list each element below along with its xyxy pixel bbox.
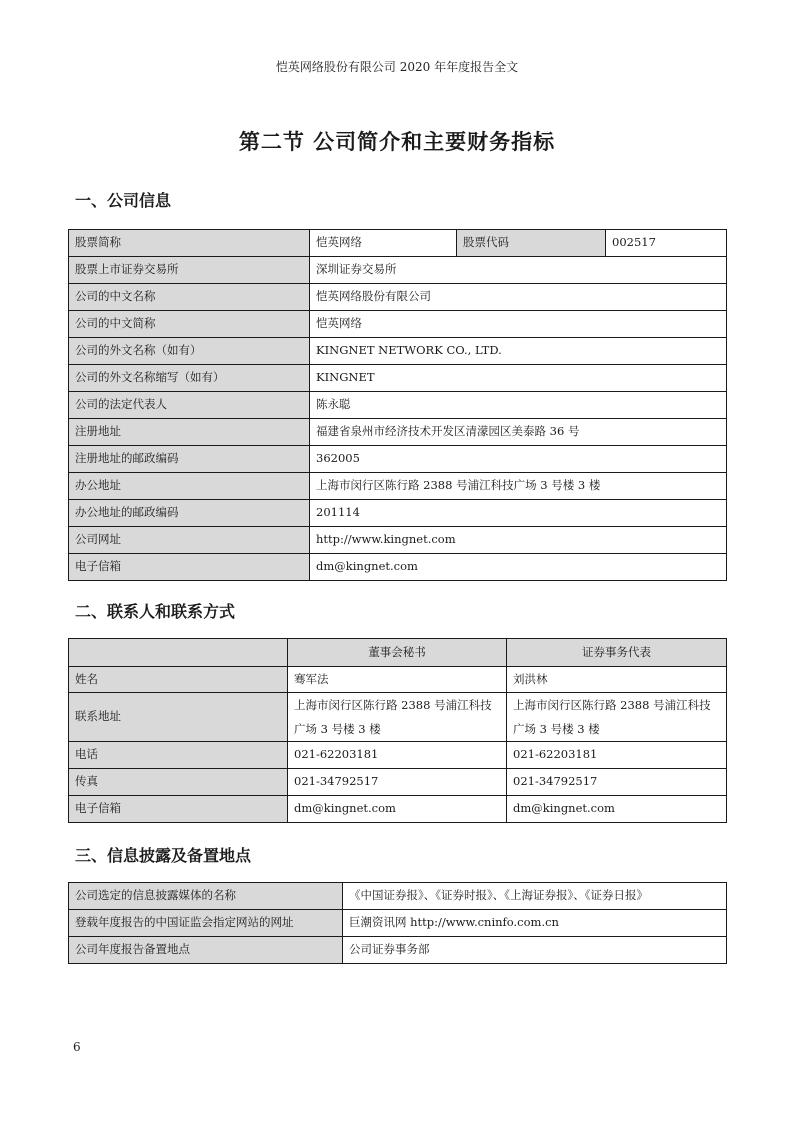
row-value: 《中国证券报》、《证券时报》、《上海证券报》、《证券日报》	[343, 883, 727, 910]
company-info-table: 股票简称 恺英网络 股票代码 002517 股票上市证券交易所 深圳证券交易所 …	[68, 229, 727, 581]
row-label: 公司的中文简称	[69, 311, 310, 338]
row-value: 陈永聪	[310, 392, 727, 419]
table-row: 姓名 骞军法 刘洪林	[69, 667, 727, 693]
stock-code-value: 002517	[606, 230, 727, 257]
secretary-value: dm@kingnet.com	[288, 796, 507, 823]
row-label: 办公地址的邮政编码	[69, 500, 310, 527]
header-board-secretary: 董事会秘书	[288, 639, 507, 667]
stock-short-name-label: 股票简称	[69, 230, 310, 257]
running-header: 恺英网络股份有限公司 2020 年年度报告全文	[0, 58, 794, 75]
row-value: 上海市闵行区陈行路 2388 号浦江科技广场 3 号楼 3 楼	[310, 473, 727, 500]
row-value: KINGNET	[310, 365, 727, 392]
row-label: 电子信箱	[69, 554, 310, 581]
table-row: 公司的外文名称（如有） KINGNET NETWORK CO., LTD.	[69, 338, 727, 365]
table-header-row: 董事会秘书 证券事务代表	[69, 639, 727, 667]
row-label: 注册地址	[69, 419, 310, 446]
section-title: 第二节 公司简介和主要财务指标	[0, 126, 794, 156]
table-row: 注册地址的邮政编码 362005	[69, 446, 727, 473]
row-label: 股票上市证券交易所	[69, 257, 310, 284]
table-row: 电子信箱 dm@kingnet.com dm@kingnet.com	[69, 796, 727, 823]
row-label: 公司的中文名称	[69, 284, 310, 311]
row-label: 公司的法定代表人	[69, 392, 310, 419]
row-value: 362005	[310, 446, 727, 473]
secretary-value: 021-34792517	[288, 769, 507, 796]
table-row: 公司的法定代表人 陈永聪	[69, 392, 727, 419]
row-label: 电子信箱	[69, 796, 288, 823]
disclosure-table: 公司选定的信息披露媒体的名称 《中国证券报》、《证券时报》、《上海证券报》、《证…	[68, 882, 727, 964]
row-value: 福建省泉州市经济技术开发区清濛园区美泰路 36 号	[310, 419, 727, 446]
stock-short-name-value: 恺英网络	[310, 230, 457, 257]
row-value: 深圳证券交易所	[310, 257, 727, 284]
row-label: 联系地址	[69, 693, 288, 742]
table-row: 公司网址 http://www.kingnet.com	[69, 527, 727, 554]
stock-code-label: 股票代码	[457, 230, 606, 257]
company-info-heading: 一、公司信息	[75, 188, 171, 211]
row-label: 注册地址的邮政编码	[69, 446, 310, 473]
representative-value: 021-62203181	[507, 742, 727, 769]
table-row: 公司年度报告备置地点 公司证券事务部	[69, 937, 727, 964]
table-row: 公司的外文名称缩写（如有） KINGNET	[69, 365, 727, 392]
row-label: 公司的外文名称缩写（如有）	[69, 365, 310, 392]
row-label: 公司的外文名称（如有）	[69, 338, 310, 365]
contacts-heading: 二、联系人和联系方式	[75, 599, 235, 622]
table-row: 办公地址 上海市闵行区陈行路 2388 号浦江科技广场 3 号楼 3 楼	[69, 473, 727, 500]
table-row: 注册地址 福建省泉州市经济技术开发区清濛园区美泰路 36 号	[69, 419, 727, 446]
row-label: 公司网址	[69, 527, 310, 554]
header-blank	[69, 639, 288, 667]
table-row: 公司选定的信息披露媒体的名称 《中国证券报》、《证券时报》、《上海证券报》、《证…	[69, 883, 727, 910]
row-label: 办公地址	[69, 473, 310, 500]
row-label: 电话	[69, 742, 288, 769]
secretary-value: 骞军法	[288, 667, 507, 693]
secretary-value: 021-62203181	[288, 742, 507, 769]
row-label: 公司选定的信息披露媒体的名称	[69, 883, 343, 910]
table-row: 股票简称 恺英网络 股票代码 002517	[69, 230, 727, 257]
header-securities-representative: 证券事务代表	[507, 639, 727, 667]
row-value: dm@kingnet.com	[310, 554, 727, 581]
secretary-value: 上海市闵行区陈行路 2388 号浦江科技广场 3 号楼 3 楼	[288, 693, 507, 742]
disclosure-heading: 三、信息披露及备置地点	[75, 843, 251, 866]
table-row: 电话 021-62203181 021-62203181	[69, 742, 727, 769]
table-row: 公司的中文简称 恺英网络	[69, 311, 727, 338]
table-row: 股票上市证券交易所 深圳证券交易所	[69, 257, 727, 284]
row-value: KINGNET NETWORK CO., LTD.	[310, 338, 727, 365]
table-row: 电子信箱 dm@kingnet.com	[69, 554, 727, 581]
table-row: 公司的中文名称 恺英网络股份有限公司	[69, 284, 727, 311]
row-label: 登载年度报告的中国证监会指定网站的网址	[69, 910, 343, 937]
representative-value: 刘洪林	[507, 667, 727, 693]
row-value: http://www.kingnet.com	[310, 527, 727, 554]
contacts-table: 董事会秘书 证券事务代表 姓名 骞军法 刘洪林 联系地址 上海市闵行区陈行路 2…	[68, 638, 727, 823]
table-row: 登载年度报告的中国证监会指定网站的网址 巨潮资讯网 http://www.cni…	[69, 910, 727, 937]
representative-value: 上海市闵行区陈行路 2388 号浦江科技广场 3 号楼 3 楼	[507, 693, 727, 742]
row-label: 姓名	[69, 667, 288, 693]
table-row: 联系地址 上海市闵行区陈行路 2388 号浦江科技广场 3 号楼 3 楼 上海市…	[69, 693, 727, 742]
row-label: 公司年度报告备置地点	[69, 937, 343, 964]
page-number: 6	[73, 1040, 81, 1054]
table-row: 办公地址的邮政编码 201114	[69, 500, 727, 527]
representative-value: 021-34792517	[507, 769, 727, 796]
table-row: 传真 021-34792517 021-34792517	[69, 769, 727, 796]
row-value: 恺英网络	[310, 311, 727, 338]
row-value: 201114	[310, 500, 727, 527]
row-value: 恺英网络股份有限公司	[310, 284, 727, 311]
representative-value: dm@kingnet.com	[507, 796, 727, 823]
row-value: 巨潮资讯网 http://www.cninfo.com.cn	[343, 910, 727, 937]
row-label: 传真	[69, 769, 288, 796]
row-value: 公司证券事务部	[343, 937, 727, 964]
